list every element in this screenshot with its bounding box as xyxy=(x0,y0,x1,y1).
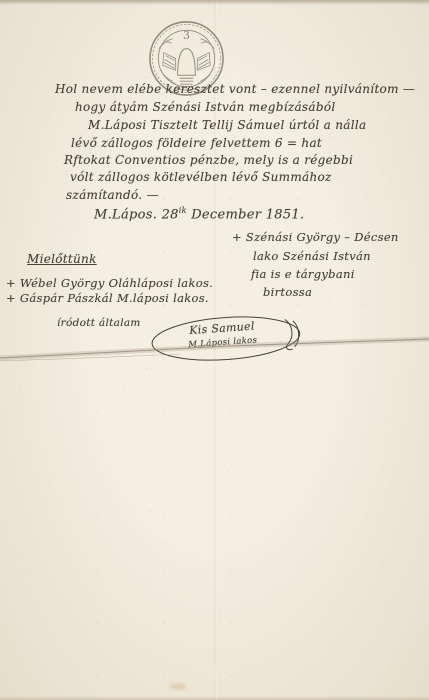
date-ordinal: ik xyxy=(179,206,187,215)
body-line-6: vólt zállogos kötlevélben lévő Summához xyxy=(70,170,332,184)
body-line-3: M.Láposi Tisztelt Tellij Sámuel úrtól a … xyxy=(88,118,366,132)
body-line-5: Rftokat Conventios pénzbe, mely is a rég… xyxy=(64,153,353,167)
principal-line-1: + Szénási György – Décsen xyxy=(232,230,399,244)
paper-stain xyxy=(170,683,186,690)
witnesses-heading: Mielőttünk xyxy=(27,252,97,266)
date-place-day: M.Lápos. 28 xyxy=(94,207,179,222)
horizontal-fold-crease xyxy=(0,330,429,370)
date-line: M.Lápos. 28ik December 1851. xyxy=(94,206,304,222)
body-line-1: Hol nevem elébe keresztet vont – ezennel… xyxy=(55,82,415,96)
scanned-document-page: 3 Hol nevem elébe keresztet vont – ezenn… xyxy=(0,0,429,700)
body-line-4: lévő zállogos földeire felvettem 6 = hat xyxy=(71,136,322,150)
stamp-denomination: 3 xyxy=(183,29,190,42)
date-rest: December 1851. xyxy=(187,207,305,222)
body-line-7: számítandó. — xyxy=(66,188,159,202)
body-line-2: hogy átyám Szénási István megbízásából xyxy=(75,100,335,114)
witness-line-2: + Gáspár Pászkál M.láposi lakos. xyxy=(6,291,209,305)
principal-line-2: lako Szénási István xyxy=(253,249,371,263)
principal-line-4: birtossa xyxy=(263,285,312,299)
scribe-prefix: íródott általam xyxy=(57,317,141,329)
witness-line-1: + Wébel György Oláhláposi lakos. xyxy=(6,276,213,290)
principal-line-3: fia is e tárgybani xyxy=(251,267,355,281)
